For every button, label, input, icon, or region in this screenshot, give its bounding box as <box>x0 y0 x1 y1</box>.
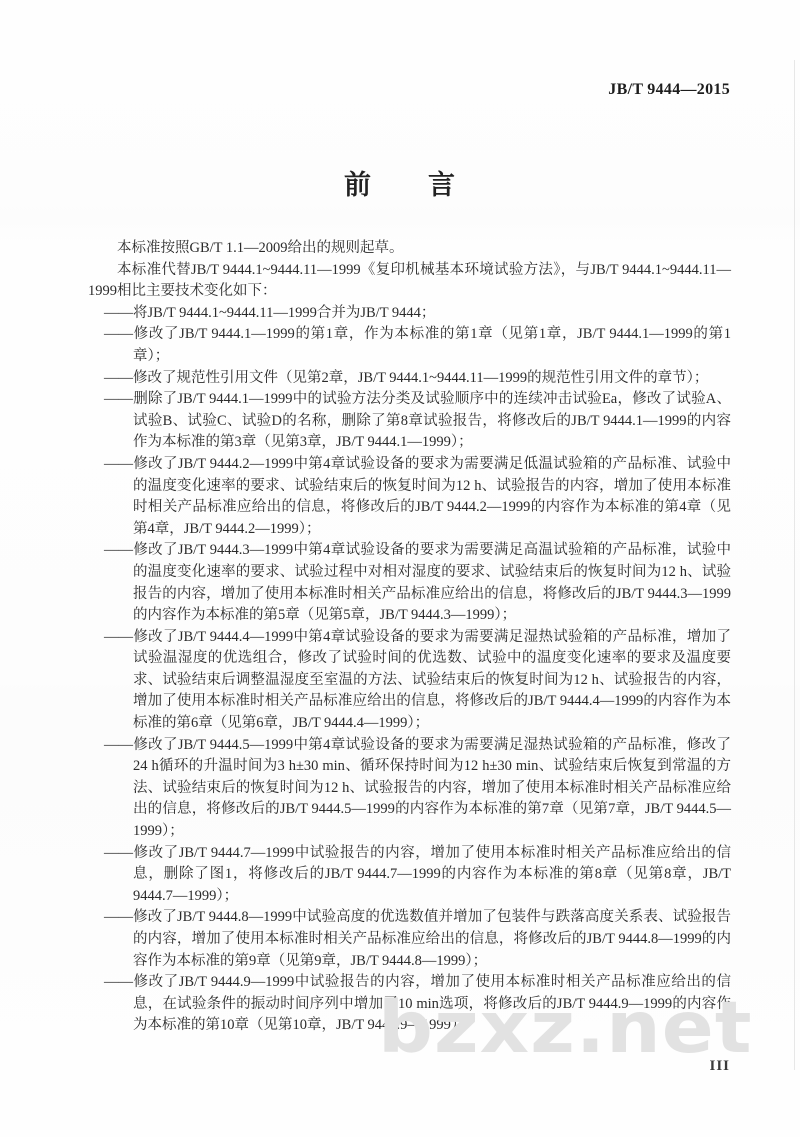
intro-paragraph-2: 本标准代替JB/T 9444.1~9444.11—1999《复印机械基本环境试验… <box>88 260 731 303</box>
page-number: III <box>88 1058 730 1075</box>
foreword-title: 前 言 <box>0 163 800 202</box>
document-page: JB/T 9444—2015 前 言 本标准按照GB/T 1.1—2009给出的… <box>0 0 800 1137</box>
standard-number-header: JB/T 9444—2015 <box>88 81 730 99</box>
change-item: ——修改了JB/T 9444.7—1999中试验报告的内容，增加了使用本标准时相… <box>88 843 731 908</box>
change-item: ——修改了JB/T 9444.5—1999中第4章试验设备的要求为需要满足湿热试… <box>88 735 731 843</box>
change-item: ——修改了JB/T 9444.3—1999中第4章试验设备的要求为需要满足高温试… <box>88 540 731 626</box>
foreword-content: 本标准按照GB/T 1.1—2009给出的规则起草。 本标准代替JB/T 944… <box>88 238 731 1037</box>
change-item: ——修改了JB/T 9444.4—1999中第4章试验设备的要求为需要满足湿热试… <box>88 627 731 735</box>
change-item: ——将JB/T 9444.1~9444.11—1999合并为JB/T 9444； <box>88 303 731 325</box>
change-item: ——修改了规范性引用文件（见第2章，JB/T 9444.1~9444.11—19… <box>88 368 731 390</box>
scan-page-edge <box>794 60 795 1070</box>
change-item: ——修改了JB/T 9444.9—1999中试验报告的内容，增加了使用本标准时相… <box>88 972 731 1037</box>
change-item: ——删除了JB/T 9444.1—1999中的试验方法分类及试验顺序中的连续冲击… <box>88 389 731 454</box>
intro-paragraph-1: 本标准按照GB/T 1.1—2009给出的规则起草。 <box>88 238 731 260</box>
change-item: ——修改了JB/T 9444.1—1999的第1章，作为本标准的第1章（见第1章… <box>88 324 731 367</box>
change-list: ——将JB/T 9444.1~9444.11—1999合并为JB/T 9444；… <box>88 303 731 1037</box>
change-item: ——修改了JB/T 9444.8—1999中试验高度的优选数值并增加了包装件与跌… <box>88 907 731 972</box>
change-item: ——修改了JB/T 9444.2—1999中第4章试验设备的要求为需要满足低温试… <box>88 454 731 540</box>
